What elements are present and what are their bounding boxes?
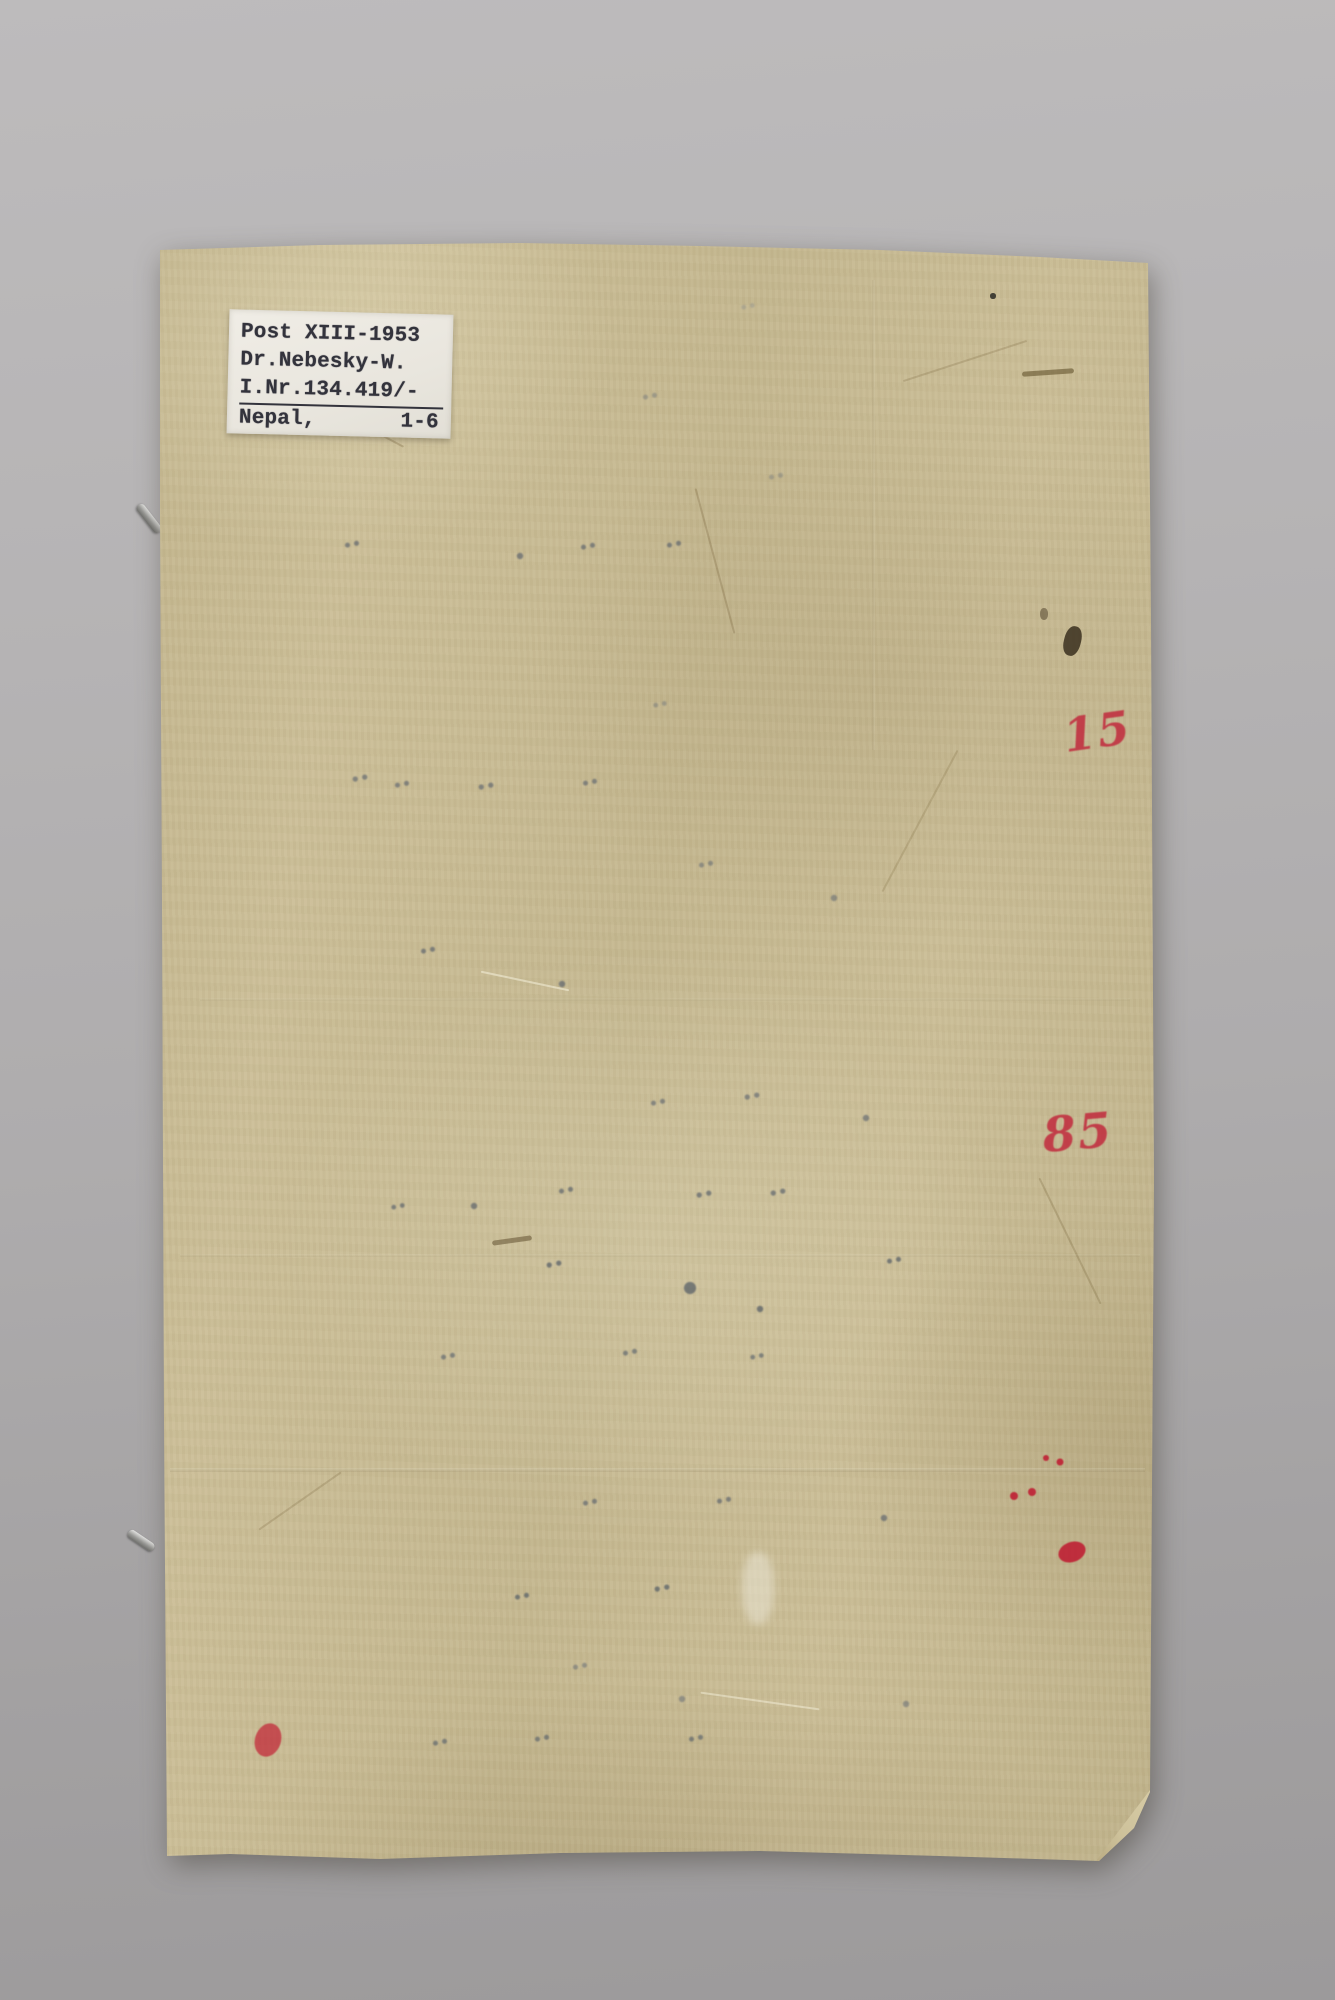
label-line-4: Nepal, 1-6 xyxy=(239,405,444,438)
label-line-4-right: 1-6 xyxy=(400,408,439,437)
red-numeral-85: 85 xyxy=(1039,1102,1115,1164)
red-margin-tally-3 xyxy=(219,1344,236,1364)
ink-overlay: 15 85 xyxy=(0,0,1335,2000)
script-line-7 xyxy=(279,941,803,1015)
red-figure-top-right xyxy=(1026,310,1093,394)
red-numeral-15: 15 xyxy=(1060,700,1135,763)
red-margin-tally-2 xyxy=(219,946,236,966)
archival-label: Post XIII-1953 Dr.Nebesky-W. I.Nr.134.41… xyxy=(227,309,454,438)
script-showthrough-top xyxy=(641,301,1006,355)
label-line-4-left: Nepal, xyxy=(239,405,316,435)
script-line-6 xyxy=(649,861,956,918)
script-line-11 xyxy=(277,1337,763,1411)
pencil-marks xyxy=(1068,1468,1128,1584)
red-margin-tally-1 xyxy=(222,545,239,565)
script-line-15 xyxy=(354,1735,732,1798)
script-line-9 xyxy=(363,1187,807,1330)
photograph: 15 85 xyxy=(0,0,1335,2000)
script-line-13 xyxy=(442,1584,721,1640)
script-line-4 xyxy=(537,701,985,749)
red-bottom-left-mark xyxy=(229,1685,291,1805)
label-line-3: I.Nr.134.419/- xyxy=(239,375,444,410)
red-underline xyxy=(572,1445,710,1453)
script-line-8 xyxy=(651,1092,962,1159)
red-scribal-sign xyxy=(975,1455,1103,1574)
script-line-10 xyxy=(477,1257,958,1328)
script-line-14 xyxy=(537,1663,909,1710)
script-line-5 xyxy=(351,774,827,836)
script-line-3 xyxy=(280,541,776,615)
red-margin-figure-15: 15 xyxy=(992,700,1135,792)
script-line-2 xyxy=(531,473,965,527)
red-margin-figure-85: 85 xyxy=(1004,1098,1116,1191)
script-line-1 xyxy=(604,393,709,441)
script-line-12 xyxy=(468,1497,887,1565)
